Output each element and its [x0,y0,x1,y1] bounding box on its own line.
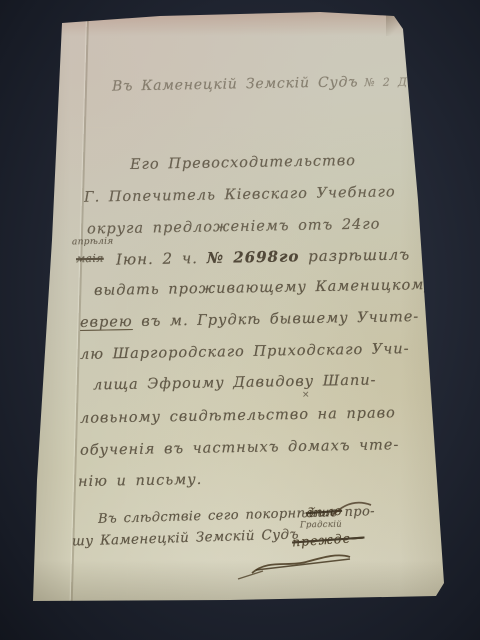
handwritten-ink-layer: Въ Каменецкій Земскій Судъ№ 2 Д Его Прев… [0,0,480,640]
pen-dash-mark [238,571,263,579]
ink-flourishes [0,0,480,640]
photo-stage: Въ Каменецкій Земскій Судъ№ 2 Д Его Прев… [0,0,480,640]
pen-flourish-arc [332,503,371,516]
manuscript-paper: Въ Каменецкій Земскій Судъ№ 2 Д Его Прев… [0,0,480,640]
